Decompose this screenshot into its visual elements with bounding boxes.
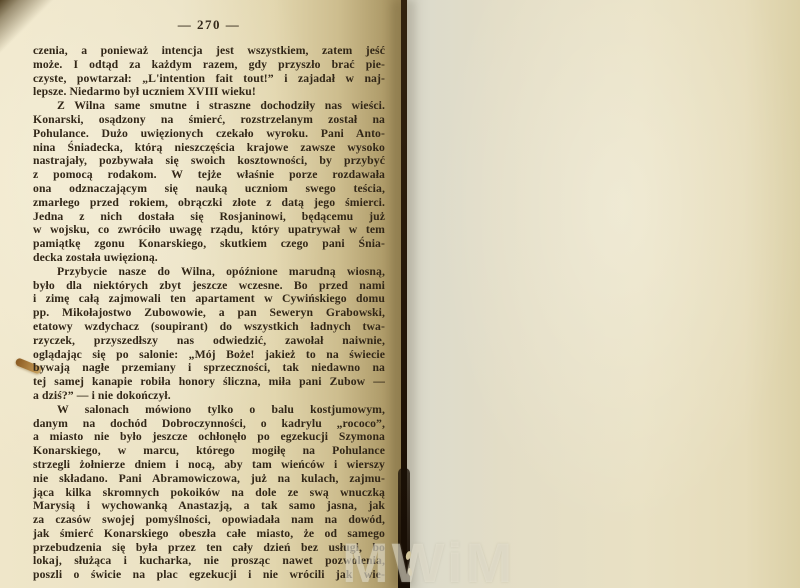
text-line: czyste, powtarzał: „L'intention fait tou… [33,72,385,86]
text-line: z pomocą rodakom. W tejże właśnie porze … [33,168,385,182]
text-line: jąca kilka skromnych pokoików na dole ze… [33,486,385,500]
text-line: jak śmierć Konarskiego obeszła całe mias… [33,527,385,541]
text-line: Konarski, osądzony na śmierć, rozstrzela… [33,113,385,127]
text-line: przebudzenia się była przez ten cały dzi… [33,541,385,555]
text-line: bywają nagłe przemiany i sprzeczności, t… [33,361,385,375]
text-line: czenia, a ponieważ intencja jest wszystk… [33,44,385,58]
text-line: tej samej kanapie robiła honory śliczna,… [33,375,385,389]
text-line: zmarłego przed rokiem, obrączki złote z … [33,196,385,210]
book-scan: { "watermark": "MWiM", "pages": [ { "num… [0,0,800,588]
text-line: w wojsku, co zwróciło uwagę rządu, który… [33,223,385,237]
text-line: było dla niektórych zbyt jeszcze wczesne… [33,279,385,293]
text-line: Z Wilna same smutne i straszne dochodził… [33,99,385,113]
text-line: decka została uwięzioną. [33,251,385,265]
text-line: nastrajały, pozbywała się swoich kosztow… [33,154,385,168]
text-line: oglądając się po salonie: „Mój Boże! jak… [33,348,385,362]
text-line: a miasto nie było jeszcze ochłonęło po e… [33,430,385,444]
left-page: — 270 — czenia, a ponieważ intencja jest… [0,0,403,588]
text-line: nina Śniadecka, którą nieszczęścia krajo… [33,141,385,155]
text-line: danym na dochód Dobroczynności, o kadryl… [33,417,385,431]
text-line: za czasów swojej pomyślności, opowiadała… [33,513,385,527]
text-line: W salonach mówiono tylko o balu kostjumo… [33,403,385,417]
text-line: etatowy wzdychacz (soupirant) do wszystk… [33,320,385,334]
text-line: poszli o świcie na plac egzekucji i nie … [33,568,385,582]
text-line: Konarskiego, w marcu, którego mogiłę na … [33,444,385,458]
text-line: a dziś?” — i nie dokończył. [33,389,385,403]
text-line: lepsze. Niedarmo był uczniem XVIII wieku… [33,85,385,99]
text-line: lokaj, służąca i kucharka, nie prosząc n… [33,554,385,568]
text-line: Marysią i wychowanką Anastazją, a tak sa… [33,499,385,513]
text-line: pamiątkę zgonu Konarskiego, skutkiem cze… [33,237,385,251]
page-number-left: — 270 — [33,17,385,32]
text-line: ona odznaczającym się nauką uczniom sweg… [33,182,385,196]
text-line: nie składano. Pani Abramowiczowa, już na… [33,472,385,486]
book-spread: — 270 — czenia, a ponieważ intencja jest… [0,0,800,588]
text-line: Przybycie nasze do Wilna, opóźnione maru… [33,265,385,279]
text-line: może. I odtąd za każdym razem, gdy przys… [33,58,385,72]
text-line: pp. Mikołajostwo Zubowowie, a pan Sewery… [33,306,385,320]
text-line: i zimę całą zajmowali ten apartament w C… [33,292,385,306]
text-line: Pohulance. Dużo uwięzionych czekało wyro… [33,127,385,141]
right-page: — 271 — czorem. „Z tego sądzić możecie —… [403,0,800,588]
text-line: strzegli żołnierze dniem i nocą, aby tam… [33,458,385,472]
text-line: rzyczek, przyszedłszy nas odwiedzić, zaw… [33,334,385,348]
text-line: Jedna z nich dostała się Rosjaninowi, bę… [33,210,385,224]
left-page-text: czenia, a ponieważ intencja jest wszystk… [33,44,385,582]
